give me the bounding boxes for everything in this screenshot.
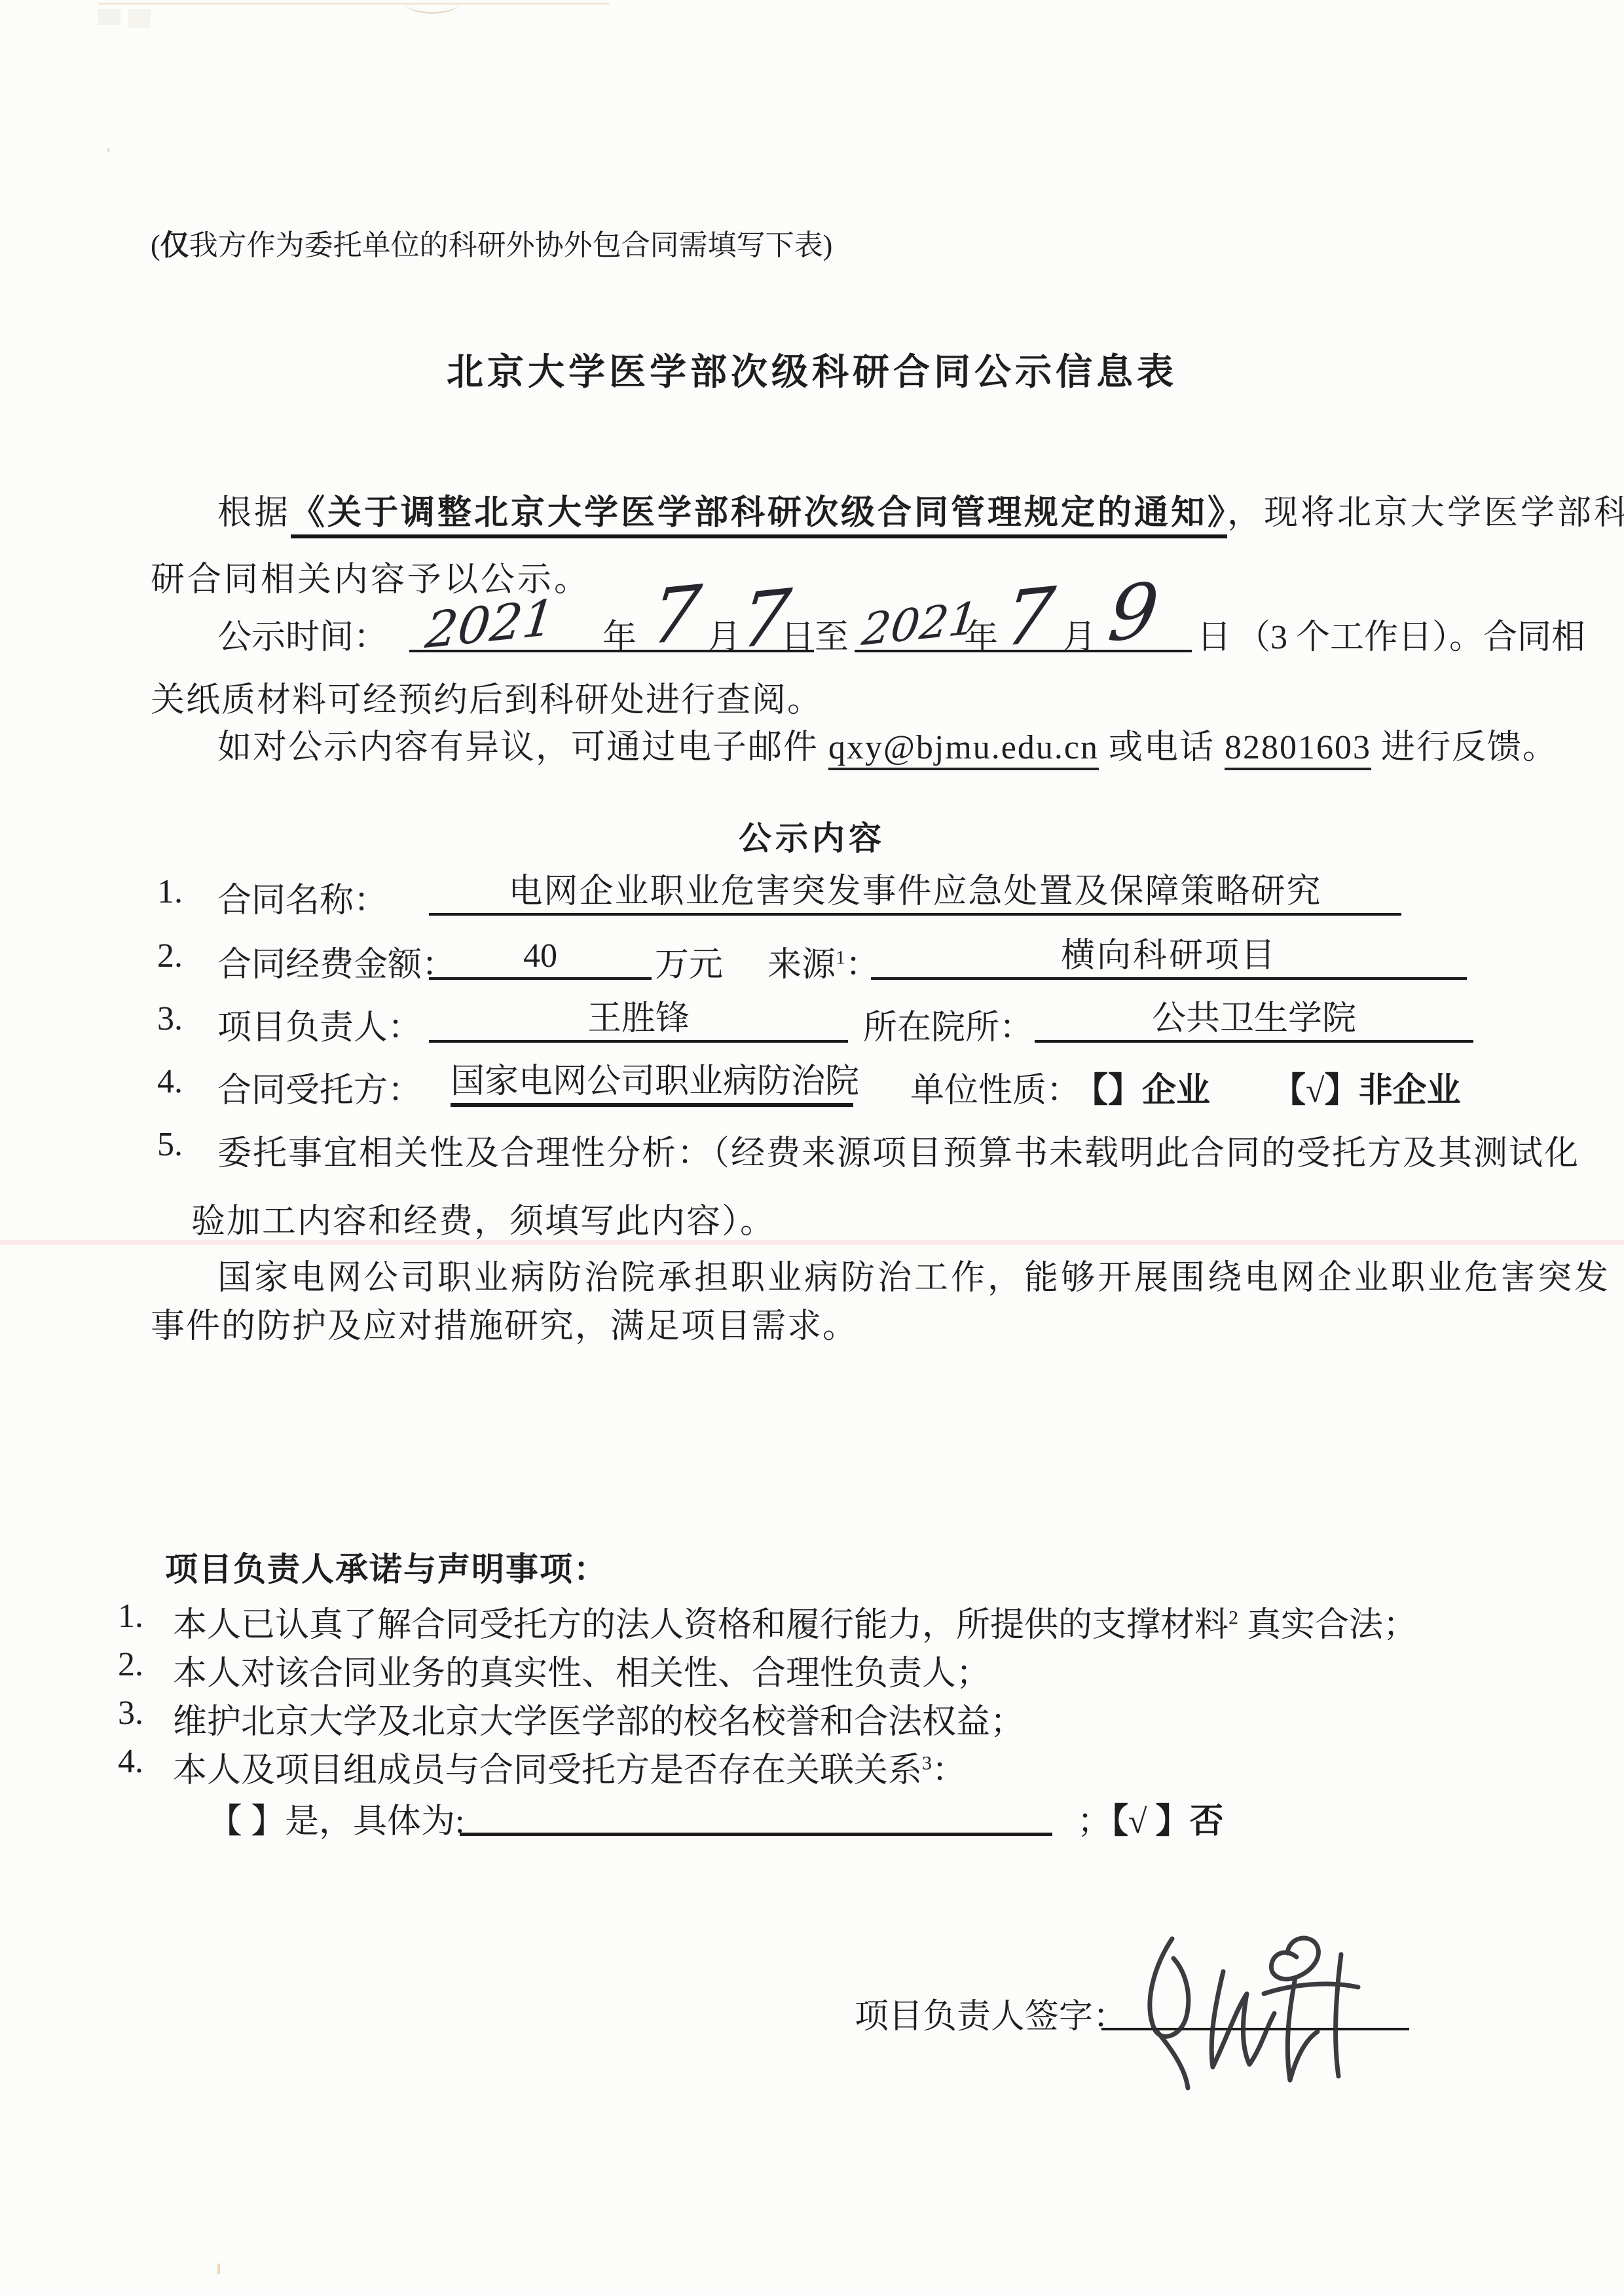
- unit-month-2: 月: [1062, 609, 1096, 658]
- dept-value: 公共卫生学院: [1035, 999, 1473, 1043]
- relation-line: 【 】是，具体为: ；【√ 】否: [0, 1793, 1624, 1846]
- option-non-enterprise: 【√】非企业: [1272, 1062, 1461, 1111]
- item2-label: 合同经费金额：: [217, 937, 456, 986]
- analysis-line-1: 国家电网公司职业病防治院承担职业病防治工作，能够开展围绕电网企业职业危害突发: [217, 1250, 1611, 1299]
- unit-type-label: 单位性质：: [910, 1062, 1080, 1111]
- commitment-item-2-number: 2.: [118, 1645, 143, 1684]
- commitment-item-2-text: 本人对该合同业务的真实性、相关性、合理性负责人；: [173, 1645, 990, 1694]
- item1-number: 1.: [157, 872, 183, 911]
- signature-label: 项目负责人签字：: [855, 1988, 1127, 2038]
- commitment-item-3-text: 维护北京大学及北京大学医学部的校名校誉和合法权益；: [173, 1694, 1024, 1743]
- intro-line-1: 根据《关于调整北京大学医学部科研次级合同管理规定的通知》，现将北京大学医学部科: [217, 485, 1624, 534]
- non-enterprise-checkmark: √: [1306, 1072, 1325, 1110]
- scan-artifact-yellow-tick: [217, 2264, 220, 2274]
- scan-artifact-speck: [107, 148, 110, 152]
- scan-artifact-smudge-1: [98, 9, 120, 25]
- unit-day-to: 日至: [781, 609, 849, 658]
- commitment-item-3-number: 3.: [118, 1694, 143, 1732]
- unit-day-2: 日: [1197, 609, 1231, 658]
- handwritten-day-1: 7: [736, 573, 794, 666]
- relation-no-checkmark: √: [1128, 1803, 1147, 1840]
- option-enterprise: 【】企业: [1074, 1062, 1210, 1111]
- item4-number: 4.: [157, 1062, 183, 1101]
- publicity-time-line-2: 关纸质材料可经预约后到科研处进行查阅。: [151, 672, 822, 721]
- commitment-item-4-text: 本人及项目组成员与合同受托方是否存在关联关系3：: [173, 1742, 966, 1791]
- item-contractor: 4. 合同受托方： 国家电网公司职业病防治院 单位性质： 【】企业 【√】非企业: [0, 1062, 1624, 1115]
- relation-detail-blank: [460, 1793, 1052, 1836]
- relation-no-option: ；【√ 】否: [1077, 1793, 1224, 1842]
- commitment-item-2: 2. 本人对该合同业务的真实性、相关性、合理性负责人；: [0, 1645, 1624, 1692]
- top-note-open: (: [151, 229, 160, 261]
- unit-month-1: 月: [707, 609, 741, 658]
- relation-yes-option: 【 】是，具体为:: [208, 1793, 464, 1842]
- source-label: 来源1：: [767, 937, 879, 986]
- handwritten-day-2: 9: [1104, 567, 1162, 660]
- top-note: (仅我方作为委托单位的科研外协外包合同需填写下表): [151, 221, 832, 263]
- scanned-form-page: (仅我方作为委托单位的科研外协外包合同需填写下表) 北京大学医学部次级科研合同公…: [0, 0, 1624, 2295]
- commitment-item-4-number: 4.: [118, 1742, 143, 1781]
- item-contract-amount: 2. 合同经费金额： 40 万元 来源1： 横向科研项目: [0, 937, 1624, 989]
- item5-number: 5.: [157, 1125, 183, 1164]
- content-heading: 公示内容: [0, 812, 1624, 859]
- commitment-item-1: 1. 本人已认真了解合同受托方的法人资格和履行能力，所提供的支撑材料2 真实合法…: [0, 1597, 1624, 1644]
- item5-line-1: 委托事宜相关性及合理性分析：（经费来源项目预算书未载明此合同的受托方及其测试化: [217, 1125, 1579, 1174]
- commitment-item-4: 4. 本人及项目组成员与合同受托方是否存在关联关系3：: [0, 1742, 1624, 1789]
- support-material-footnote-sup: 2: [1228, 1607, 1238, 1629]
- intro-pre: 根据: [217, 494, 291, 532]
- form-title: 北京大学医学部次级科研合同公示信息表: [0, 343, 1624, 396]
- intro-post: ，现将北京大学医学部科: [1227, 494, 1624, 532]
- commitment-heading: 项目负责人承诺与声明事项：: [165, 1543, 608, 1590]
- commitment-item-1-number: 1.: [118, 1597, 143, 1635]
- source-footnote-sup: 1: [836, 947, 845, 969]
- amount-value: 40: [429, 937, 652, 980]
- dept-label: 所在院所：: [863, 999, 1033, 1049]
- item1-label: 合同名称：: [217, 872, 388, 922]
- commitment-item-1-text: 本人已认真了解合同受托方的法人资格和履行能力，所提供的支撑材料2 真实合法；: [173, 1597, 1417, 1646]
- item5-line-2: 验加工内容和经费，须填写此内容）。: [191, 1193, 775, 1242]
- feedback-mid: 或电话: [1099, 729, 1225, 766]
- source-value: 横向科研项目: [871, 937, 1467, 980]
- commitment-item-3: 3. 维护北京大学及北京大学医学部的校名校誉和合法权益；: [0, 1694, 1624, 1741]
- signature-handwriting: [1125, 1928, 1407, 2105]
- feedback-phone: 82801603: [1225, 729, 1371, 770]
- contract-name-value: 电网企业职业危害突发事件应急处置及保障策略研究: [429, 872, 1401, 916]
- contractor-value: 国家电网公司职业病防治院: [451, 1062, 853, 1107]
- relation-footnote-sup: 3: [922, 1753, 932, 1774]
- top-note-bold-char: 仅: [160, 229, 189, 261]
- publicity-time-label: 公示时间：: [217, 609, 388, 658]
- feedback-email: qxy@bjmu.edu.cn: [828, 729, 1099, 770]
- top-note-rest: 我方作为委托单位的科研外协外包合同需填写下表): [189, 229, 833, 261]
- item-contract-name: 1. 合同名称： 电网企业职业危害突发事件应急处置及保障策略研究: [0, 872, 1624, 925]
- publicity-time-row: 公示时间： 年 月 日至 年 月 日 （3 个工作日）。合同相 2021 7 7…: [0, 609, 1624, 668]
- handwritten-month-2: 7: [1000, 571, 1058, 664]
- item-pi: 3. 项目负责人： 王胜锋 所在院所： 公共卫生学院: [0, 999, 1624, 1052]
- item4-label: 合同受托方：: [217, 1062, 422, 1111]
- pi-name-value: 王胜锋: [429, 999, 848, 1043]
- feedback-line: 如对公示内容有异议，可通过电子邮件 qxy@bjmu.edu.cn 或电话 82…: [217, 719, 1558, 768]
- feedback-post: 进行反馈。: [1371, 729, 1558, 766]
- publicity-time-tail: （3 个工作日）。合同相: [1236, 609, 1585, 658]
- notice-title-underlined: 《关于调整北京大学医学部科研次级合同管理规定的通知》: [291, 494, 1227, 538]
- scan-artifact-smudge-2: [128, 9, 151, 28]
- item3-label: 项目负责人：: [217, 999, 422, 1049]
- amount-unit: 万元: [655, 937, 723, 986]
- item2-number: 2.: [157, 937, 183, 975]
- item3-number: 3.: [157, 999, 183, 1038]
- analysis-line-2: 事件的防护及应对措施研究，满足项目需求。: [151, 1298, 858, 1347]
- feedback-pre: 如对公示内容有异议，可通过电子邮件: [217, 729, 828, 766]
- unit-year-1: 年: [602, 609, 637, 658]
- scan-artifact-top-curve: [406, 0, 458, 14]
- handwritten-month-1: 7: [646, 569, 705, 662]
- scan-artifact-top-line: [98, 3, 609, 5]
